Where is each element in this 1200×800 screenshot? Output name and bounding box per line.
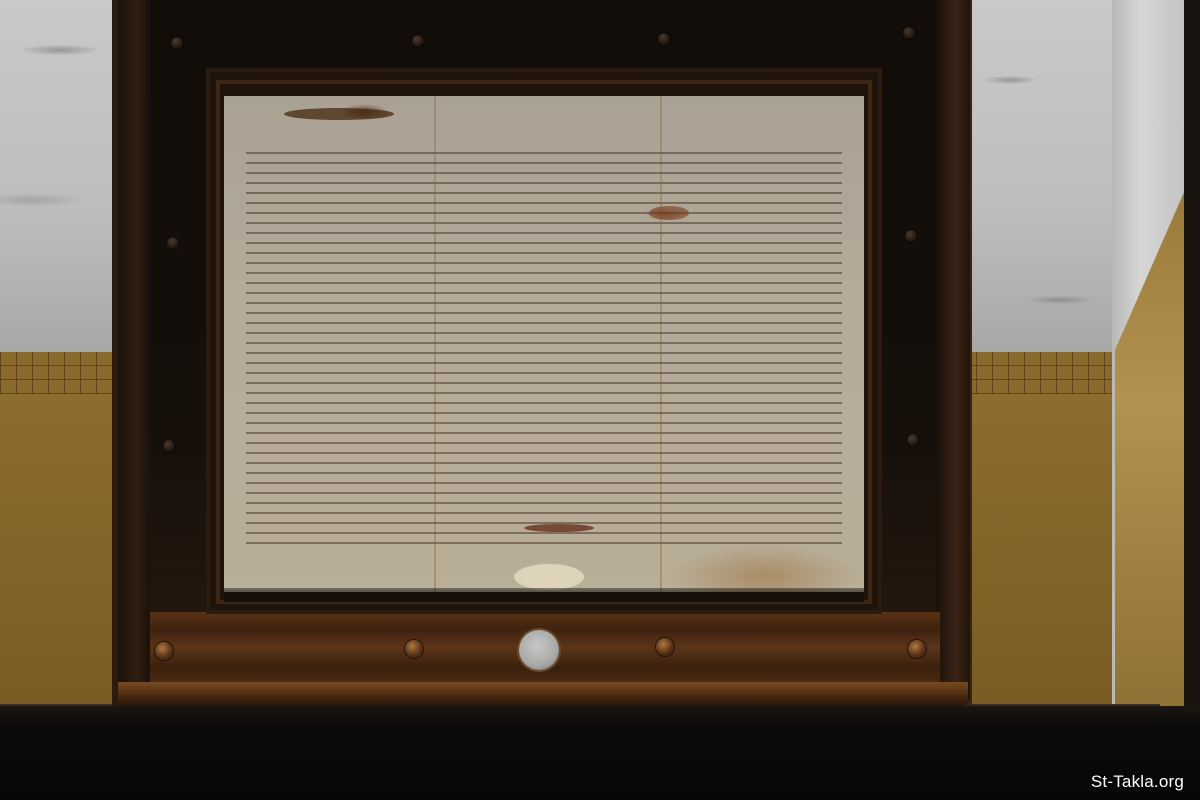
screw-icon [155,642,173,660]
frame-bottom-lip [118,682,968,704]
wax-seal-icon [519,630,559,670]
pale-patch [514,564,584,590]
manuscript-document [224,96,864,592]
screw-icon [656,638,674,656]
screw-icon [908,640,926,658]
screw-icon [163,440,175,452]
frame-left-rail [118,0,150,700]
fold-crease [660,96,662,592]
stain [524,524,594,532]
watermark: St-Takla.org [1091,772,1184,792]
fold-crease [434,96,436,592]
right-shadow-edge [1184,0,1200,800]
screw-icon [903,27,915,39]
stain [649,206,689,220]
frame-right-rail [936,0,970,700]
screw-icon [658,33,670,45]
glass-shadow [224,588,864,602]
screw-icon [171,37,183,49]
manuscript-text-lines [246,148,842,548]
screw-icon [412,35,424,47]
screw-icon [907,434,919,446]
top-stain [284,108,394,120]
display-ledge [0,706,1200,800]
screw-icon [405,640,423,658]
screw-icon [905,230,917,242]
screw-icon [167,237,179,249]
photo-scene: St-Takla.org [0,0,1200,800]
